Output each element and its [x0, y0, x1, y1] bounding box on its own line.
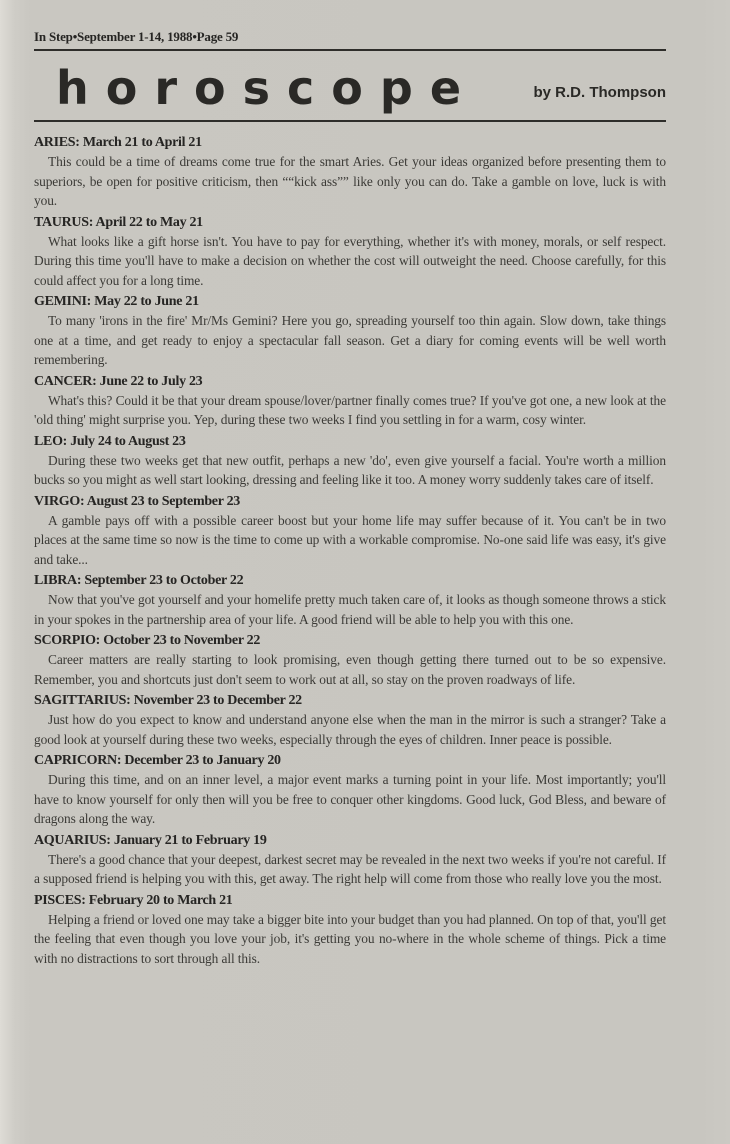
- header-rule-top: [34, 49, 666, 51]
- sign-aries: ARIES: March 21 to April 21 This could b…: [34, 133, 666, 211]
- sign-scorpio: SCORPIO: October 23 to November 22 Caree…: [34, 631, 666, 689]
- sign-heading: CAPRICORN: December 23 to January 20: [34, 751, 666, 770]
- sign-heading: LIBRA: September 23 to October 22: [34, 571, 666, 590]
- sign-body: There's a good chance that your deepest,…: [34, 850, 666, 889]
- sign-heading: CANCER: June 22 to July 23: [34, 372, 666, 391]
- sign-heading: PISCES: February 20 to March 21: [34, 891, 666, 910]
- sign-capricorn: CAPRICORN: December 23 to January 20 Dur…: [34, 751, 666, 829]
- sign-pisces: PISCES: February 20 to March 21 Helping …: [34, 891, 666, 969]
- sign-aquarius: AQUARIUS: January 21 to February 19 Ther…: [34, 831, 666, 889]
- sign-body: During these two weeks get that new outf…: [34, 451, 666, 490]
- sign-taurus: TAURUS: April 22 to May 21 What looks li…: [34, 213, 666, 291]
- horoscope-list: ARIES: March 21 to April 21 This could b…: [34, 133, 666, 970]
- sign-heading: GEMINI: May 22 to June 21: [34, 292, 666, 311]
- sign-heading: SCORPIO: October 23 to November 22: [34, 631, 666, 650]
- sign-sagittarius: SAGITTARIUS: November 23 to December 22 …: [34, 691, 666, 749]
- sign-gemini: GEMINI: May 22 to June 21 To many 'irons…: [34, 292, 666, 370]
- sign-body: This could be a time of dreams come true…: [34, 152, 666, 211]
- sign-body: To many 'irons in the fire' Mr/Ms Gemini…: [34, 311, 666, 370]
- sign-body: Just how do you expect to know and under…: [34, 710, 666, 749]
- sign-heading: SAGITTARIUS: November 23 to December 22: [34, 691, 666, 710]
- sign-heading: ARIES: March 21 to April 21: [34, 133, 666, 152]
- page-folio: In Step•September 1-14, 1988•Page 59: [34, 29, 238, 45]
- sign-virgo: VIRGO: August 23 to September 23 A gambl…: [34, 492, 666, 570]
- sign-heading: TAURUS: April 22 to May 21: [34, 213, 666, 232]
- sign-body: Helping a friend or loved one may take a…: [34, 910, 666, 969]
- sign-heading: AQUARIUS: January 21 to February 19: [34, 831, 666, 850]
- header-rule-bottom: [34, 120, 666, 122]
- page-title: horoscope: [56, 60, 478, 116]
- sign-body: During this time, and on an inner level,…: [34, 770, 666, 829]
- sign-body: Now that you've got yourself and your ho…: [34, 590, 666, 629]
- sign-body: What looks like a gift horse isn't. You …: [34, 232, 666, 291]
- sign-body: What's this? Could it be that your dream…: [34, 391, 666, 430]
- sign-heading: VIRGO: August 23 to September 23: [34, 492, 666, 511]
- sign-body: A gamble pays off with a possible career…: [34, 511, 666, 570]
- byline: by R.D. Thompson: [534, 84, 667, 101]
- sign-leo: LEO: July 24 to August 23 During these t…: [34, 432, 666, 490]
- sign-libra: LIBRA: September 23 to October 22 Now th…: [34, 571, 666, 629]
- sign-body: Career matters are really starting to lo…: [34, 650, 666, 689]
- sign-heading: LEO: July 24 to August 23: [34, 432, 666, 451]
- sign-cancer: CANCER: June 22 to July 23 What's this? …: [34, 372, 666, 430]
